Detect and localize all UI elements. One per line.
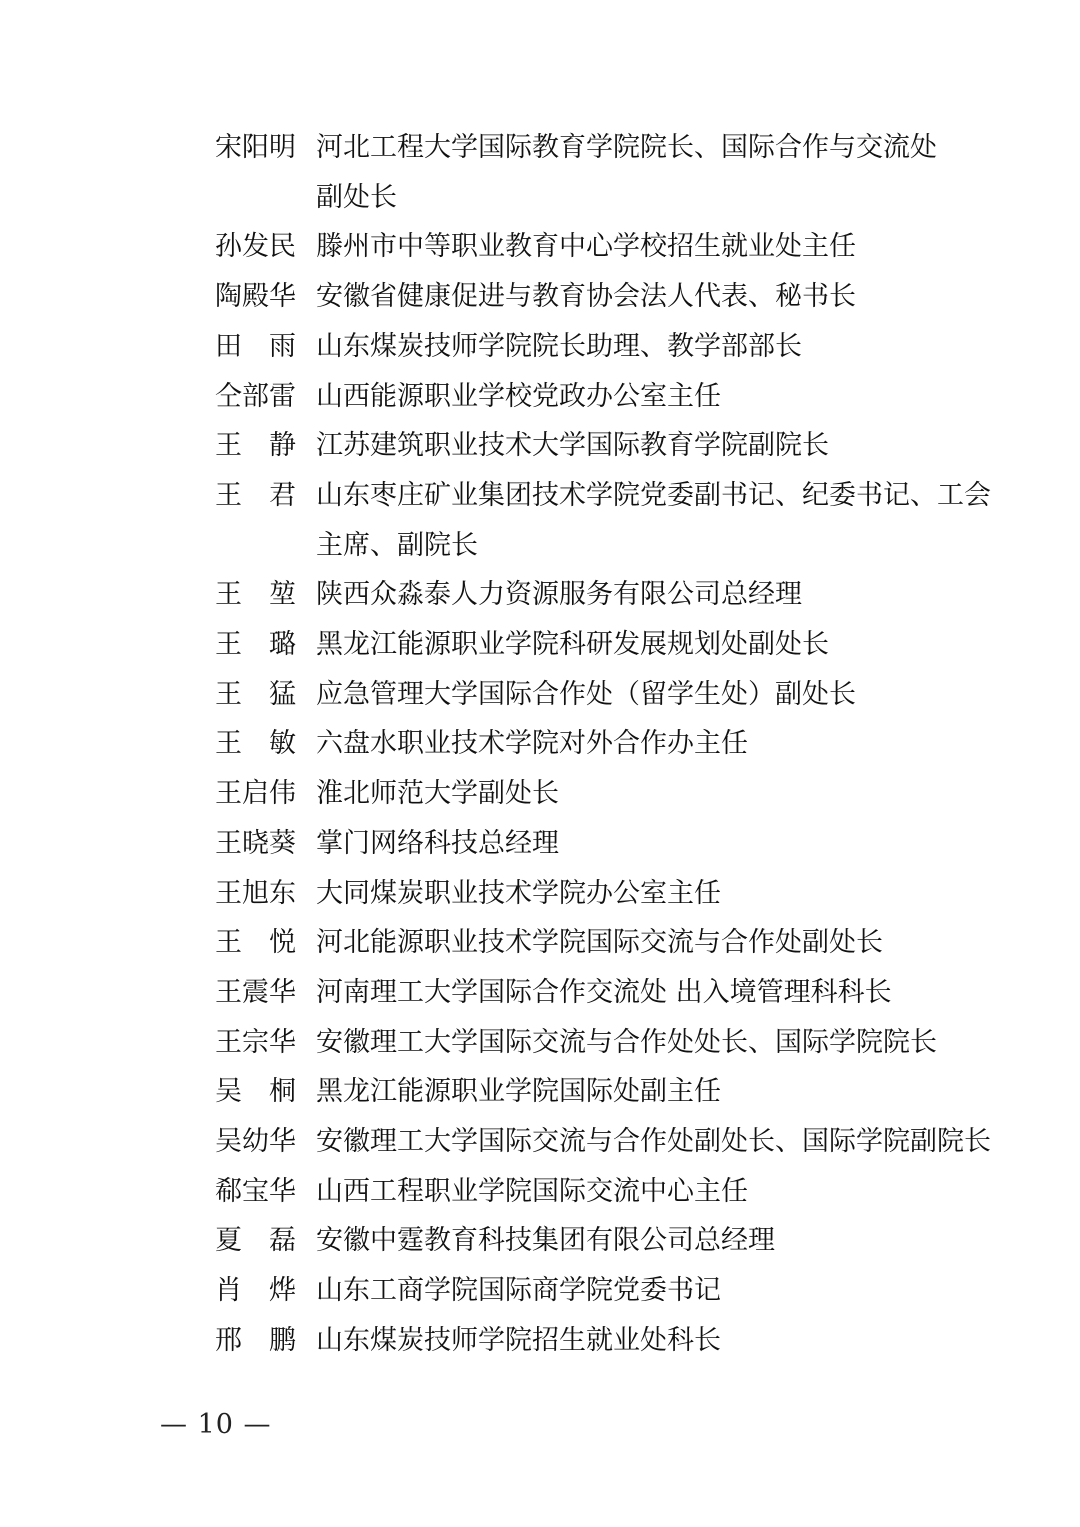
person-title: 黑龙江能源职业学院科研发展规划处副处长 [316, 620, 1005, 670]
person-title: 掌门网络科技总经理 [316, 819, 1005, 869]
title-line: 安徽省健康促进与教育协会法人代表、秘书长 [316, 272, 1005, 322]
person-name: 王 君 [215, 471, 297, 521]
title-line: 山东煤炭技师学院招生就业处科长 [316, 1316, 1005, 1366]
person-title: 山东煤炭技师学院招生就业处科长 [316, 1316, 1005, 1366]
page-number: — 10 — [160, 1408, 272, 1442]
title-line: 安徽中霆教育科技集团有限公司总经理 [316, 1216, 1005, 1266]
list-item: 王旭东 大同煤炭职业技术学院办公室主任 [215, 869, 1005, 919]
title-line: 山西能源职业学校党政办公室主任 [316, 372, 1005, 422]
list-item: 王 堃 陕西众淼泰人力资源服务有限公司总经理 [215, 570, 1005, 620]
person-name: 宋阳明 [215, 123, 297, 173]
person-name: 王晓葵 [215, 819, 297, 869]
list-item: 肖 烨 山东工商学院国际商学院党委书记 [215, 1266, 1005, 1316]
person-title: 山西工程职业学院国际交流中心主任 [316, 1167, 1005, 1217]
list-item: 仝部雷 山西能源职业学校党政办公室主任 [215, 372, 1005, 422]
title-line: 掌门网络科技总经理 [316, 819, 1005, 869]
person-title: 陕西众淼泰人力资源服务有限公司总经理 [316, 570, 1005, 620]
person-name: 夏 磊 [215, 1216, 297, 1266]
person-name: 王 璐 [215, 620, 297, 670]
title-line: 山西工程职业学院国际交流中心主任 [316, 1167, 1005, 1217]
list-item: 宋阳明 河北工程大学国际教育学院院长、国际合作与交流处副处长 [215, 123, 1005, 222]
list-item: 王 璐 黑龙江能源职业学院科研发展规划处副处长 [215, 620, 1005, 670]
title-line: 河北工程大学国际教育学院院长、国际合作与交流处 [316, 123, 1005, 173]
person-name: 王 猛 [215, 670, 297, 720]
list-item: 孙发民 滕州市中等职业教育中心学校招生就业处主任 [215, 222, 1005, 272]
list-item: 王 静 江苏建筑职业技术大学国际教育学院副院长 [215, 421, 1005, 471]
list-item: 陶殿华 安徽省健康促进与教育协会法人代表、秘书长 [215, 272, 1005, 322]
list-item: 王 悦 河北能源职业技术学院国际交流与合作处副处长 [215, 918, 1005, 968]
title-line: 副处长 [316, 173, 1005, 223]
person-name: 吴 桐 [215, 1067, 297, 1117]
list-item: 夏 磊 安徽中霆教育科技集团有限公司总经理 [215, 1216, 1005, 1266]
person-name: 邢 鹏 [215, 1316, 297, 1366]
list-item: 吴 桐 黑龙江能源职业学院国际处副主任 [215, 1067, 1005, 1117]
person-title: 淮北师范大学副处长 [316, 769, 1005, 819]
person-title: 山东工商学院国际商学院党委书记 [316, 1266, 1005, 1316]
title-line: 河北能源职业技术学院国际交流与合作处副处长 [316, 918, 1005, 968]
person-name: 王震华 [215, 968, 297, 1018]
person-name: 王 堃 [215, 570, 297, 620]
title-line: 河南理工大学国际合作交流处 出入境管理科科长 [316, 968, 1005, 1018]
title-line: 山东工商学院国际商学院党委书记 [316, 1266, 1005, 1316]
title-line: 滕州市中等职业教育中心学校招生就业处主任 [316, 222, 1005, 272]
person-title: 河北工程大学国际教育学院院长、国际合作与交流处副处长 [316, 123, 1005, 222]
person-name: 王旭东 [215, 869, 297, 919]
person-title: 黑龙江能源职业学院国际处副主任 [316, 1067, 1005, 1117]
person-title: 山东枣庄矿业集团技术学院党委副书记、纪委书记、工会主席、副院长 [316, 471, 1005, 570]
person-title: 安徽省健康促进与教育协会法人代表、秘书长 [316, 272, 1005, 322]
person-title: 安徽理工大学国际交流与合作处副处长、国际学院副院长 [316, 1117, 1005, 1167]
list-item: 郗宝华 山西工程职业学院国际交流中心主任 [215, 1167, 1005, 1217]
person-title: 江苏建筑职业技术大学国际教育学院副院长 [316, 421, 1005, 471]
person-title: 山东煤炭技师学院院长助理、教学部部长 [316, 322, 1005, 372]
person-title: 安徽中霆教育科技集团有限公司总经理 [316, 1216, 1005, 1266]
list-item: 王 猛 应急管理大学国际合作处（留学生处）副处长 [215, 670, 1005, 720]
title-line: 安徽理工大学国际交流与合作处处长、国际学院院长 [316, 1018, 1005, 1068]
title-line: 大同煤炭职业技术学院办公室主任 [316, 869, 1005, 919]
title-line: 山东枣庄矿业集团技术学院党委副书记、纪委书记、工会 [316, 471, 1005, 521]
list-item: 王启伟 淮北师范大学副处长 [215, 769, 1005, 819]
person-title: 大同煤炭职业技术学院办公室主任 [316, 869, 1005, 919]
person-name: 仝部雷 [215, 372, 297, 422]
title-line: 应急管理大学国际合作处（留学生处）副处长 [316, 670, 1005, 720]
list-item: 王 君 山东枣庄矿业集团技术学院党委副书记、纪委书记、工会主席、副院长 [215, 471, 1005, 570]
person-title: 河南理工大学国际合作交流处 出入境管理科科长 [316, 968, 1005, 1018]
person-title: 安徽理工大学国际交流与合作处处长、国际学院院长 [316, 1018, 1005, 1068]
person-name: 陶殿华 [215, 272, 297, 322]
list-item: 邢 鹏 山东煤炭技师学院招生就业处科长 [215, 1316, 1005, 1366]
person-title: 应急管理大学国际合作处（留学生处）副处长 [316, 670, 1005, 720]
title-line: 主席、副院长 [316, 521, 1005, 571]
title-line: 黑龙江能源职业学院科研发展规划处副处长 [316, 620, 1005, 670]
person-name: 王宗华 [215, 1018, 297, 1068]
list-item: 王 敏 六盘水职业技术学院对外合作办主任 [215, 719, 1005, 769]
person-name: 王 静 [215, 421, 297, 471]
title-line: 六盘水职业技术学院对外合作办主任 [316, 719, 1005, 769]
person-name: 孙发民 [215, 222, 297, 272]
person-name: 肖 烨 [215, 1266, 297, 1316]
person-name: 郗宝华 [215, 1167, 297, 1217]
title-line: 陕西众淼泰人力资源服务有限公司总经理 [316, 570, 1005, 620]
list-item: 吴幼华 安徽理工大学国际交流与合作处副处长、国际学院副院长 [215, 1117, 1005, 1167]
person-name: 王启伟 [215, 769, 297, 819]
list-item: 王晓葵 掌门网络科技总经理 [215, 819, 1005, 869]
list-item: 王震华 河南理工大学国际合作交流处 出入境管理科科长 [215, 968, 1005, 1018]
person-name: 王 敏 [215, 719, 297, 769]
person-name: 田 雨 [215, 322, 297, 372]
title-line: 黑龙江能源职业学院国际处副主任 [316, 1067, 1005, 1117]
person-title: 山西能源职业学校党政办公室主任 [316, 372, 1005, 422]
title-line: 江苏建筑职业技术大学国际教育学院副院长 [316, 421, 1005, 471]
person-title: 滕州市中等职业教育中心学校招生就业处主任 [316, 222, 1005, 272]
title-line: 安徽理工大学国际交流与合作处副处长、国际学院副院长 [316, 1117, 1005, 1167]
title-line: 淮北师范大学副处长 [316, 769, 1005, 819]
document-page: 宋阳明 河北工程大学国际教育学院院长、国际合作与交流处副处长 孙发民 滕州市中等… [0, 0, 1080, 1527]
person-title: 河北能源职业技术学院国际交流与合作处副处长 [316, 918, 1005, 968]
name-list: 宋阳明 河北工程大学国际教育学院院长、国际合作与交流处副处长 孙发民 滕州市中等… [215, 123, 1005, 1366]
person-name: 吴幼华 [215, 1117, 297, 1167]
list-item: 王宗华 安徽理工大学国际交流与合作处处长、国际学院院长 [215, 1018, 1005, 1068]
person-name: 王 悦 [215, 918, 297, 968]
list-item: 田 雨 山东煤炭技师学院院长助理、教学部部长 [215, 322, 1005, 372]
title-line: 山东煤炭技师学院院长助理、教学部部长 [316, 322, 1005, 372]
person-title: 六盘水职业技术学院对外合作办主任 [316, 719, 1005, 769]
